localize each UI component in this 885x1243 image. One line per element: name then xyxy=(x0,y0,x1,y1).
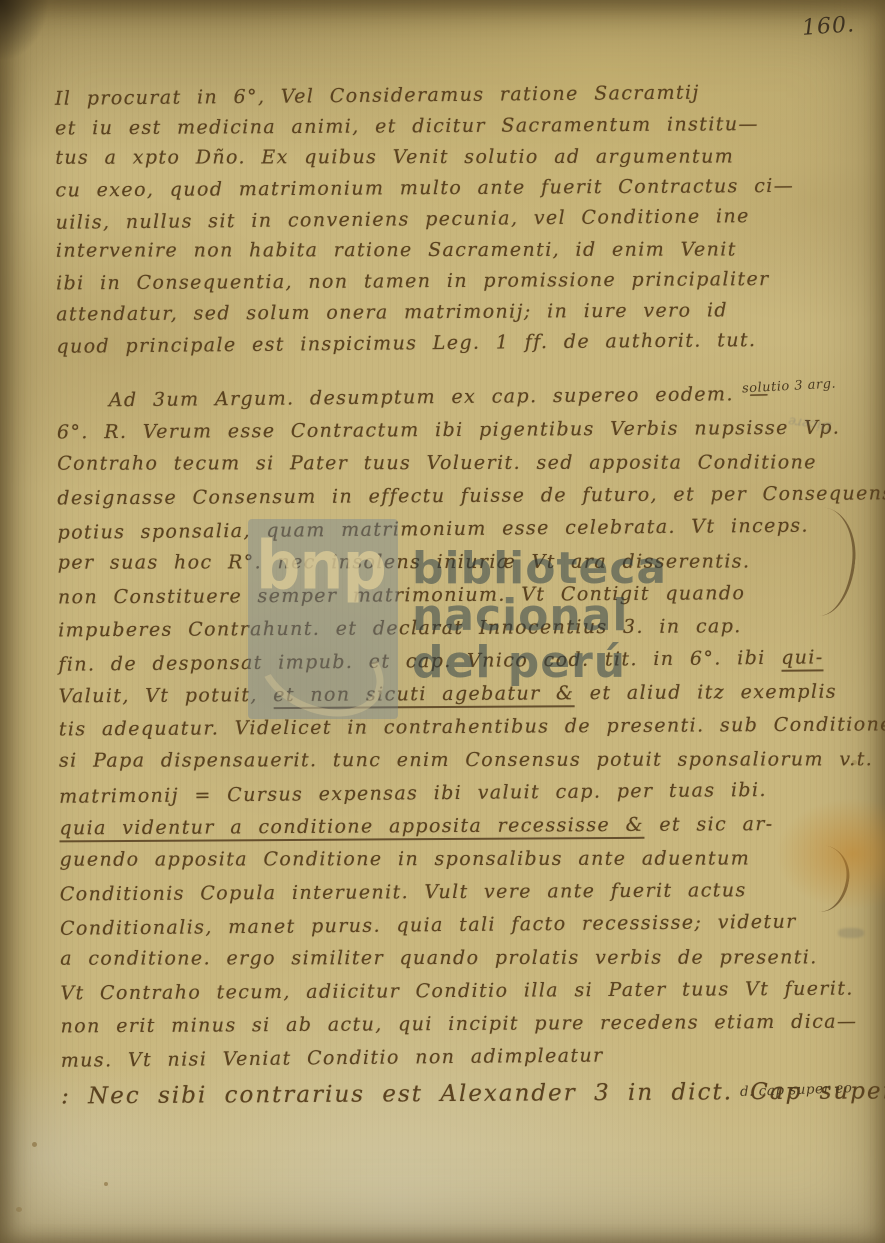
underlined-text: quia videntur a conditione apposita rece… xyxy=(59,814,644,843)
manuscript-line: uilis, nullus sit in conveniens pecunia,… xyxy=(56,200,838,239)
watermark-line: biblioteca xyxy=(412,545,667,592)
line-text: Conditionis Copula interuenit. Vult vere… xyxy=(60,879,747,905)
manuscript-line: Contraho tecum si Pater tuus Voluerit. s… xyxy=(57,446,839,480)
ink-stain xyxy=(775,798,885,910)
fox-spot xyxy=(32,1142,37,1147)
manuscript-line: : Nec sibi contrarius est Alexander 3 in… xyxy=(61,1072,843,1117)
line-text: 6°. R. Verum esse Contractum ibi pigenti… xyxy=(57,417,840,444)
manuscript-line: a conditione. ergo similiter quando prol… xyxy=(60,941,842,975)
manuscript-line: si Papa dispensauerit. tunc enim Consens… xyxy=(59,743,841,777)
line-text: potius sponsalia, quam matrimonium esse … xyxy=(57,515,809,544)
line-text: tis adequatur. Videlicet in contrahentib… xyxy=(59,713,885,740)
manuscript-line: ibi in Consequentia, non tamen in promis… xyxy=(56,264,838,300)
page-number: 160. xyxy=(801,12,856,41)
line-text: attendatur, sed solum onera matrimonij; … xyxy=(56,299,728,325)
smudge-mark xyxy=(838,928,864,938)
line-text: non erit minus si ab actu, qui incipit p… xyxy=(61,1011,858,1038)
bnp-logo: bnp xyxy=(256,533,398,600)
line-text: designasse Consensum in effectu fuisse d… xyxy=(57,482,885,509)
line-text: si Papa dispensauerit. tunc enim Consens… xyxy=(59,748,885,772)
paragraph-2: Ad 3um Argum. desumptum ex cap. supereo … xyxy=(57,379,843,1117)
line-text: Vt Contraho tecum, adiicitur Conditio il… xyxy=(60,978,854,1005)
manuscript-line: Vt Contraho tecum, adiicitur Conditio il… xyxy=(60,973,842,1011)
line-text: Conditionalis, manet purus. quia tali fa… xyxy=(60,911,797,940)
line-text: Valuit, Vt potuit, xyxy=(59,684,274,707)
manuscript-line: intervenire non habita ratione Sacrament… xyxy=(56,234,838,266)
bnp-swirl-icon xyxy=(244,604,397,734)
fox-spot xyxy=(852,760,857,765)
paragraph-1: Il procurat in 6°, Vel Consideramus rati… xyxy=(55,78,839,362)
corner-shadow xyxy=(0,0,48,60)
line-text: uilis, nullus sit in conveniens pecunia,… xyxy=(56,205,750,234)
line-text: quod principale est inspicimus Leg. 1 ff… xyxy=(56,329,756,358)
line-text: matrimonij = Cursus expensas ibi valuit … xyxy=(59,779,767,808)
manuscript-page: 160. Il procurat in 6°, Vel Consideramus… xyxy=(0,0,885,1243)
line-text: guendo apposita Conditione in sponsalibu… xyxy=(60,847,751,870)
manuscript-line: 6°. R. Verum esse Contractum ibi pigenti… xyxy=(57,412,839,450)
line-text: ibi in Consequentia, non tamen in promis… xyxy=(56,268,770,294)
line-text: Ad 3um Argum. desumptum ex cap. supereo … xyxy=(109,383,770,411)
line-text: mus. Vt nisi Veniat Conditio non adimple… xyxy=(61,1045,604,1072)
line-text: Il procurat in 6°, Vel Consideramus rati… xyxy=(55,82,700,110)
underlined-text: qui- xyxy=(781,646,824,671)
manuscript-line: quia videntur a conditione apposita rece… xyxy=(59,808,841,846)
library-watermark-logo-block: bnp xyxy=(248,519,398,719)
manuscript-line: guendo apposita Conditione in sponsalibu… xyxy=(60,842,842,876)
watermark-line: del perú xyxy=(412,639,667,686)
watermark-line: nacional xyxy=(412,592,667,639)
manuscript-line: tis adequatur. Videlicet in contrahentib… xyxy=(59,709,841,747)
manuscript-line: quod principale est inspicimus Leg. 1 ff… xyxy=(56,324,838,363)
ink-flourish-icon xyxy=(791,505,861,619)
manuscript-line: Conditionalis, manet purus. quia tali fa… xyxy=(60,905,842,946)
line-text: tus a xpto Dño. Ex quibus Venit solutio … xyxy=(55,146,734,169)
fox-spot xyxy=(16,1207,22,1212)
line-text: Contraho tecum si Pater tuus Voluerit. s… xyxy=(57,451,817,474)
line-text: a conditione. ergo similiter quando prol… xyxy=(60,946,818,969)
manuscript-line: tus a xpto Dño. Ex quibus Venit solutio … xyxy=(55,141,837,173)
line-text: cu exeo, quod matrimonium multo ante fue… xyxy=(55,175,794,202)
library-watermark-text: biblioteca nacional del perú xyxy=(412,545,667,686)
line-text: et iu est medicina animi, et dicitur Sac… xyxy=(55,113,759,139)
line-text: et sic ar- xyxy=(644,813,774,836)
line-text: intervenire non habita ratione Sacrament… xyxy=(56,239,737,262)
fox-spot xyxy=(104,1182,108,1186)
manuscript-line: et iu est medicina animi, et dicitur Sac… xyxy=(55,109,837,145)
